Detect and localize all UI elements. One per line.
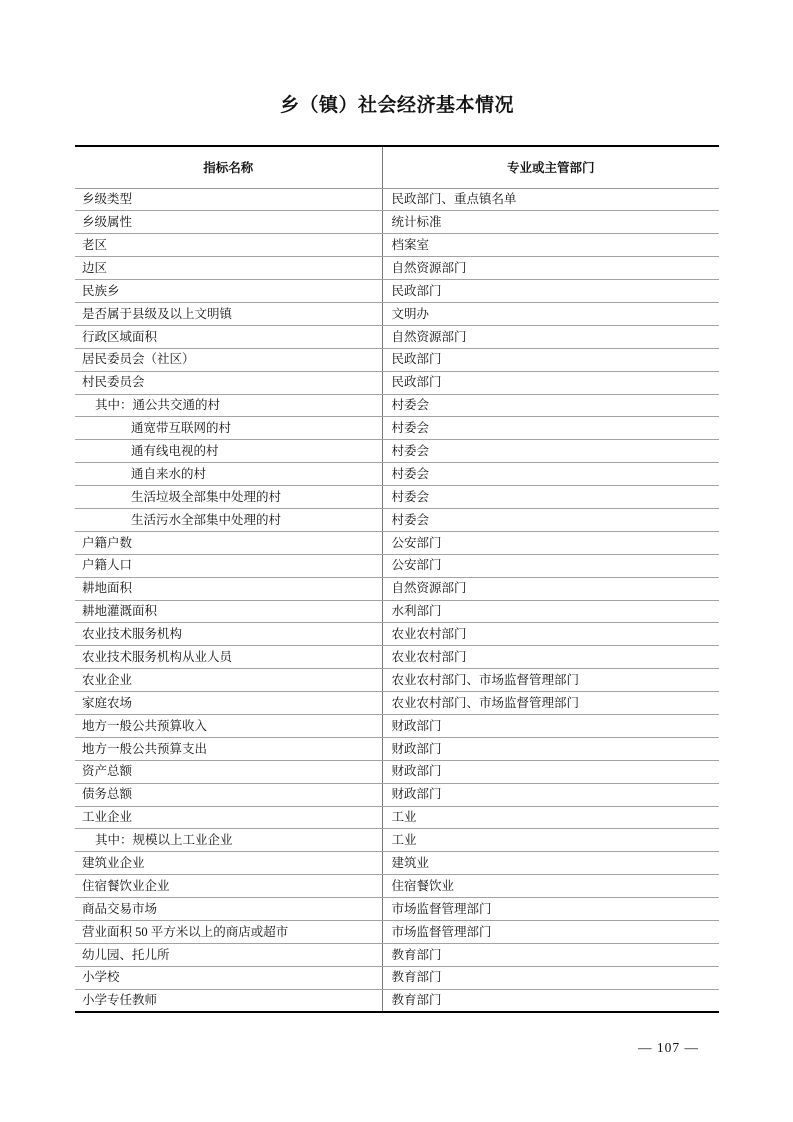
table-row: 户籍户数公安部门	[75, 531, 719, 554]
department-cell: 市场监督管理部门	[382, 898, 719, 921]
table-row: 居民委员会（社区）民政部门	[75, 348, 719, 371]
indicator-cell: 生活垃圾全部集中处理的村	[75, 486, 382, 509]
department-cell: 民政部门	[382, 348, 719, 371]
table-row: 农业企业农业农村部门、市场监督管理部门	[75, 669, 719, 692]
indicator-cell: 边区	[75, 257, 382, 280]
table-row: 户籍人口公安部门	[75, 554, 719, 577]
table-row: 其中：通公共交通的村村委会	[75, 394, 719, 417]
table-row: 幼儿园、托儿所教育部门	[75, 943, 719, 966]
indicator-cell: 农业技术服务机构从业人员	[75, 646, 382, 669]
table-row: 耕地面积自然资源部门	[75, 577, 719, 600]
table-row: 小学校教育部门	[75, 966, 719, 989]
indicator-cell: 通宽带互联网的村	[75, 417, 382, 440]
table-row: 老区档案室	[75, 234, 719, 257]
column-header-department: 专业或主管部门	[382, 146, 719, 188]
indicator-cell: 耕地灌溉面积	[75, 600, 382, 623]
indicator-cell: 通自来水的村	[75, 463, 382, 486]
department-cell: 村委会	[382, 394, 719, 417]
table-row: 资产总额财政部门	[75, 760, 719, 783]
indicator-cell: 农业技术服务机构	[75, 623, 382, 646]
table-row: 通自来水的村村委会	[75, 463, 719, 486]
indicator-cell: 家庭农场	[75, 692, 382, 715]
table-row: 地方一般公共预算支出财政部门	[75, 737, 719, 760]
indicator-cell: 老区	[75, 234, 382, 257]
column-header-indicator: 指标名称	[75, 146, 382, 188]
indicator-cell: 是否属于县级及以上文明镇	[75, 302, 382, 325]
table-row: 地方一般公共预算收入财政部门	[75, 714, 719, 737]
table-row: 耕地灌溉面积水利部门	[75, 600, 719, 623]
department-cell: 自然资源部门	[382, 577, 719, 600]
department-cell: 住宿餐饮业	[382, 875, 719, 898]
document-page: 乡（镇）社会经济基本情况 指标名称 专业或主管部门 乡级类型民政部门、重点镇名单…	[0, 0, 793, 1122]
indicator-cell: 居民委员会（社区）	[75, 348, 382, 371]
table-row: 工业企业工业	[75, 806, 719, 829]
table-row: 农业技术服务机构从业人员农业农村部门	[75, 646, 719, 669]
department-cell: 农业农村部门	[382, 646, 719, 669]
table-row: 行政区域面积自然资源部门	[75, 325, 719, 348]
table-row: 住宿餐饮业企业住宿餐饮业	[75, 875, 719, 898]
table-row: 生活垃圾全部集中处理的村村委会	[75, 486, 719, 509]
department-cell: 水利部门	[382, 600, 719, 623]
department-cell: 财政部门	[382, 760, 719, 783]
table-header: 指标名称 专业或主管部门	[75, 146, 719, 188]
table-row: 乡级属性统计标准	[75, 211, 719, 234]
table-row: 债务总额财政部门	[75, 783, 719, 806]
indicator-cell: 地方一般公共预算支出	[75, 737, 382, 760]
indicator-cell: 工业企业	[75, 806, 382, 829]
department-cell: 财政部门	[382, 714, 719, 737]
table-row: 家庭农场农业农村部门、市场监督管理部门	[75, 692, 719, 715]
indicator-cell: 行政区域面积	[75, 325, 382, 348]
header-row: 指标名称 专业或主管部门	[75, 146, 719, 188]
indicator-cell: 资产总额	[75, 760, 382, 783]
indicator-cell: 其中：通公共交通的村	[75, 394, 382, 417]
department-cell: 村委会	[382, 440, 719, 463]
table-row: 民族乡民政部门	[75, 280, 719, 303]
indicator-cell: 其中：规模以上工业企业	[75, 829, 382, 852]
table-row: 通有线电视的村村委会	[75, 440, 719, 463]
indicator-cell: 地方一般公共预算收入	[75, 714, 382, 737]
table-body: 乡级类型民政部门、重点镇名单乡级属性统计标准老区档案室边区自然资源部门民族乡民政…	[75, 188, 719, 1012]
department-cell: 教育部门	[382, 966, 719, 989]
table-row: 营业面积 50 平方米以上的商店或超市市场监督管理部门	[75, 921, 719, 944]
table-row: 边区自然资源部门	[75, 257, 719, 280]
department-cell: 公安部门	[382, 554, 719, 577]
indicator-cell: 生活污水全部集中处理的村	[75, 508, 382, 531]
indicator-cell: 债务总额	[75, 783, 382, 806]
indicator-cell: 乡级类型	[75, 188, 382, 211]
department-cell: 农业农村部门、市场监督管理部门	[382, 692, 719, 715]
department-cell: 财政部门	[382, 737, 719, 760]
department-cell: 村委会	[382, 463, 719, 486]
department-cell: 教育部门	[382, 943, 719, 966]
indicator-cell: 幼儿园、托儿所	[75, 943, 382, 966]
department-cell: 工业	[382, 806, 719, 829]
indicator-cell: 商品交易市场	[75, 898, 382, 921]
department-cell: 文明办	[382, 302, 719, 325]
indicator-cell: 农业企业	[75, 669, 382, 692]
table-row: 建筑业企业建筑业	[75, 852, 719, 875]
indicator-cell: 建筑业企业	[75, 852, 382, 875]
table-row: 通宽带互联网的村村委会	[75, 417, 719, 440]
indicator-cell: 民族乡	[75, 280, 382, 303]
indicator-cell: 乡级属性	[75, 211, 382, 234]
indicator-cell: 户籍户数	[75, 531, 382, 554]
department-cell: 民政部门	[382, 280, 719, 303]
indicator-cell: 小学校	[75, 966, 382, 989]
department-cell: 市场监督管理部门	[382, 921, 719, 944]
department-cell: 村委会	[382, 508, 719, 531]
department-cell: 统计标准	[382, 211, 719, 234]
department-cell: 工业	[382, 829, 719, 852]
department-cell: 民政部门	[382, 371, 719, 394]
page-title: 乡（镇）社会经济基本情况	[75, 90, 719, 117]
indicator-cell: 村民委员会	[75, 371, 382, 394]
department-cell: 建筑业	[382, 852, 719, 875]
table-row: 小学专任教师教育部门	[75, 989, 719, 1012]
indicator-cell: 户籍人口	[75, 554, 382, 577]
department-cell: 村委会	[382, 486, 719, 509]
department-cell: 教育部门	[382, 989, 719, 1012]
indicator-cell: 营业面积 50 平方米以上的商店或超市	[75, 921, 382, 944]
table-row: 生活污水全部集中处理的村村委会	[75, 508, 719, 531]
department-cell: 农业农村部门、市场监督管理部门	[382, 669, 719, 692]
department-cell: 财政部门	[382, 783, 719, 806]
department-cell: 民政部门、重点镇名单	[382, 188, 719, 211]
table-row: 农业技术服务机构农业农村部门	[75, 623, 719, 646]
indicators-table: 指标名称 专业或主管部门 乡级类型民政部门、重点镇名单乡级属性统计标准老区档案室…	[75, 145, 719, 1013]
department-cell: 自然资源部门	[382, 325, 719, 348]
table-row: 商品交易市场市场监督管理部门	[75, 898, 719, 921]
indicator-cell: 耕地面积	[75, 577, 382, 600]
table-row: 是否属于县级及以上文明镇文明办	[75, 302, 719, 325]
department-cell: 农业农村部门	[382, 623, 719, 646]
table-row: 乡级类型民政部门、重点镇名单	[75, 188, 719, 211]
table-row: 其中：规模以上工业企业工业	[75, 829, 719, 852]
page-number: — 107 —	[638, 1040, 699, 1056]
indicator-cell: 通有线电视的村	[75, 440, 382, 463]
department-cell: 公安部门	[382, 531, 719, 554]
table-row: 村民委员会民政部门	[75, 371, 719, 394]
department-cell: 村委会	[382, 417, 719, 440]
department-cell: 自然资源部门	[382, 257, 719, 280]
department-cell: 档案室	[382, 234, 719, 257]
indicator-cell: 住宿餐饮业企业	[75, 875, 382, 898]
indicator-cell: 小学专任教师	[75, 989, 382, 1012]
